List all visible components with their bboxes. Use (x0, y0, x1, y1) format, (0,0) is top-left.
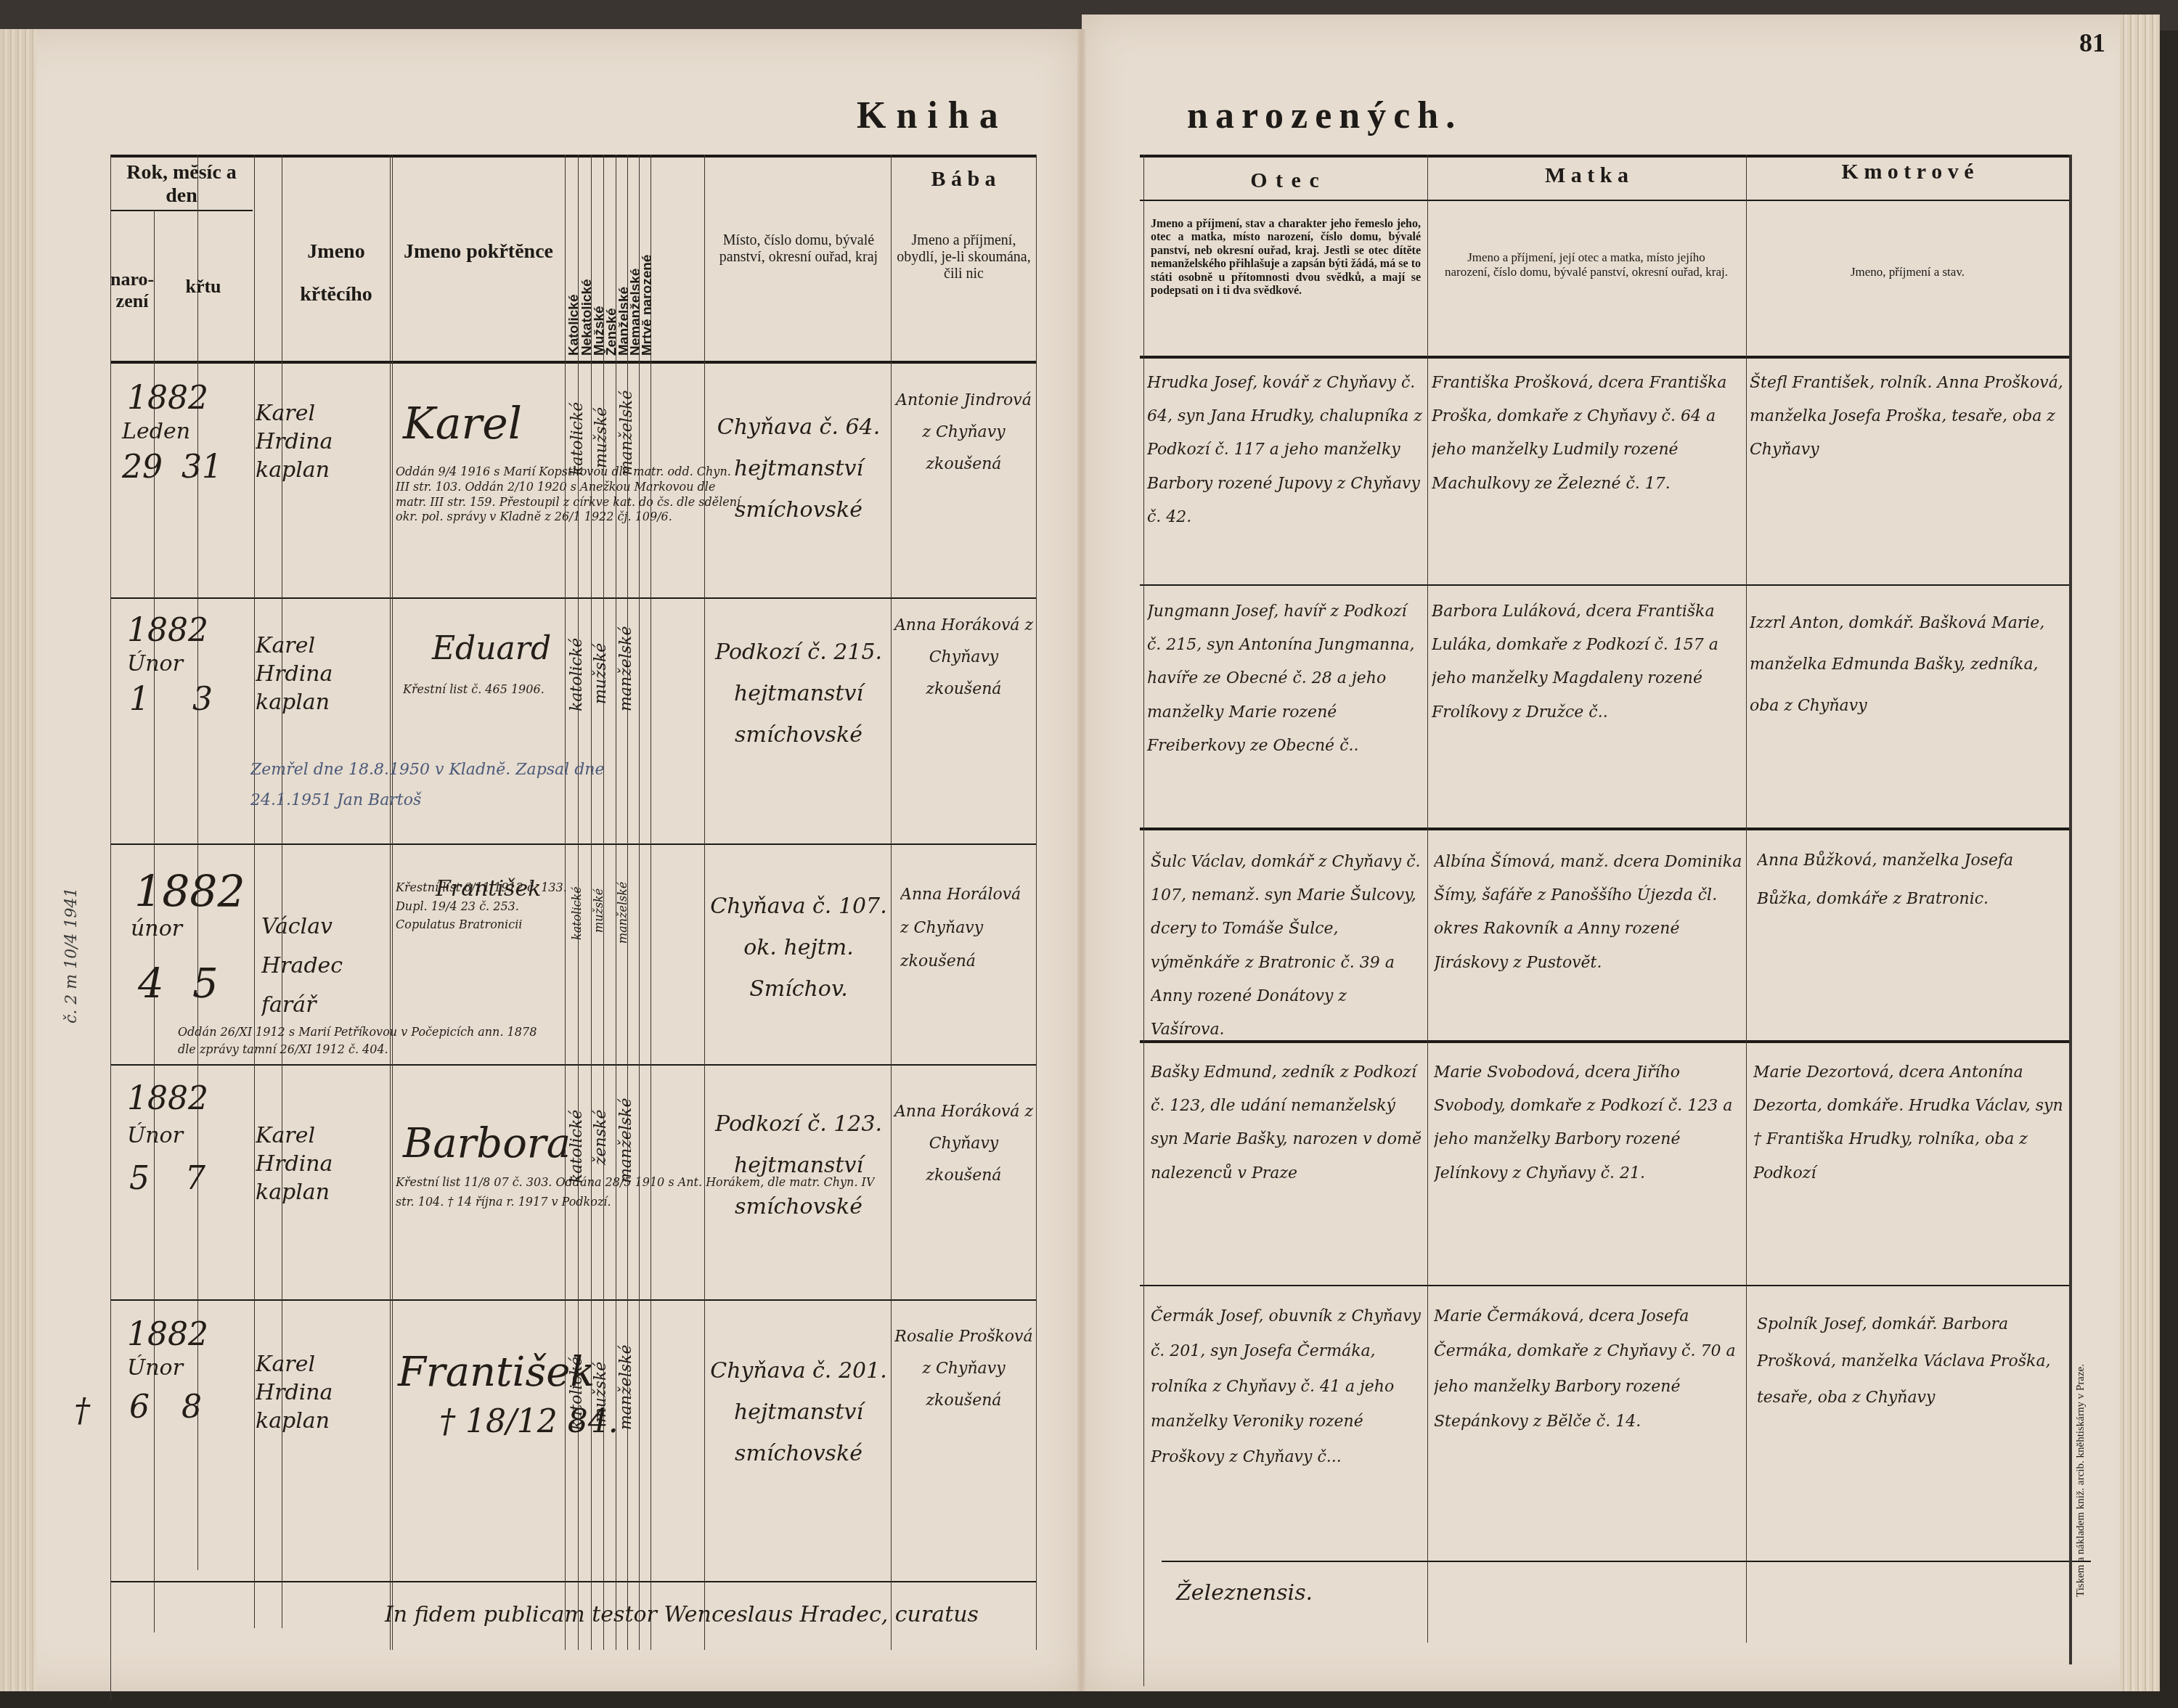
right-signature: Železnensis. (1176, 1579, 1313, 1607)
entry-4-mother: Marie Svobodová, dcera Jiřího Svobody, d… (1434, 1056, 1742, 1190)
entry-birth-day: 5 (129, 1158, 150, 1199)
header-baptizer: Jmeno křtĕcího (282, 231, 391, 316)
page-edges-left (0, 29, 36, 1691)
entry-midwife: Antonie Jindrová z Chyňavy zkoušená (893, 385, 1035, 481)
entry-midwife: Anna Horáková z Chyňavy zkoušená (893, 610, 1035, 706)
header-father-desc: Jmeno a příjmení, stav a charakter jeho … (1151, 218, 1421, 298)
header-baptized: Jmeno pokřtĕnce (392, 231, 565, 274)
entry-year: 1882 (127, 1314, 208, 1355)
entry-place: Chyňava č. 201. hejtmanství smíchovské (708, 1350, 889, 1474)
entry-baptism-day: 8 (181, 1386, 202, 1428)
entry-month: Únor (127, 1354, 183, 1382)
entry-midwife: Anna Horáková z Chyňavy zkoušená (893, 1096, 1035, 1192)
entry-death-note: Zemřel dne 18.8.1950 v Kladnĕ. Zapsal dn… (250, 755, 628, 816)
entry-birth-day: 29 (122, 446, 163, 488)
entry-religion: katolické (568, 1314, 586, 1430)
entry-1-father: Hrudka Josef, kovář z Chyňavy č. 64, syn… (1147, 367, 1423, 534)
title-left: Kniha (857, 94, 1008, 137)
entry-baptism-day: 3 (192, 679, 213, 720)
entry-legitimacy: manželské (617, 602, 635, 711)
entry-sex: mužské (592, 875, 605, 933)
entry-year: 1882 (127, 377, 208, 419)
entry-1-godparents: Štefl František, rolník. Anna Prošková, … (1750, 367, 2065, 467)
entry-1-mother: Františka Prošková, dcera Františka Proš… (1432, 367, 1744, 501)
entry-child-name: Eduard (432, 628, 551, 669)
entry-baptism-day: 31 (181, 446, 222, 488)
entry-child-notes: Křestní list č. 465 1906. (403, 682, 548, 698)
header-baptism: křtu (154, 276, 253, 298)
header-godparents-desc: Jmeno, příjmení a stav. (1746, 265, 2069, 279)
entry-birth-day: 1 (129, 679, 150, 720)
header-midwife-title: B á b a (891, 167, 1036, 192)
entry-baptizer: Karel Hrdina kaplan (256, 399, 390, 484)
book-spine (1077, 29, 1086, 1691)
header-stillborn: Mrtvĕ narozené (640, 240, 656, 356)
entry-birth-day: 6 (129, 1386, 150, 1428)
header-date-group: Rok, mĕsíc a den (110, 161, 253, 208)
entry-3-father: Šulc Václav, domkář z Chyňavy č. 107, ne… (1151, 846, 1423, 1047)
entry-midwife: Anna Horálová z Chyňavy zkoušená (900, 878, 1031, 979)
entry-baptism-day: 5 (192, 958, 219, 1011)
entry-religion: katolické (570, 867, 584, 940)
entry-religion: katolické (568, 367, 589, 475)
entry-child-name: Karel (403, 396, 522, 452)
entry-legitimacy: manželské (617, 1074, 635, 1183)
entry-month: Únor (127, 650, 183, 678)
header-mother-title: M a t k a (1427, 163, 1746, 189)
entry-year: 1882 (127, 1078, 208, 1119)
entry-religion: katolické (568, 1074, 586, 1183)
entry-baptizer: Karel Hrdina kaplan (256, 632, 390, 716)
header-mother-desc: Jmeno a příjmení, její otec a matka, mís… (1445, 250, 1728, 279)
entry-child-name: Barbora (403, 1118, 571, 1171)
entry-4-father: Bašky Edmund, zedník z Podkozí č. 123, d… (1151, 1056, 1423, 1190)
page-edges-right (2120, 15, 2160, 1691)
page-number: 81 (2079, 28, 2105, 58)
death-cross-icon: † (74, 1390, 90, 1431)
entry-year: 1882 (134, 864, 245, 920)
entry-3-godparents: Anna Bůžková, manželka Josefa Bůžka, dom… (1757, 842, 2062, 919)
entry-religion: katolické (568, 602, 586, 711)
entry-midwife: Rosalie Prošková z Chyňavy zkoušená (893, 1321, 1035, 1417)
header-place: Místo, číslo domu, bývalé panství, okres… (708, 232, 889, 266)
entry-place: Chyňava č. 107. ok. hejtm. Smíchov. (708, 886, 889, 1010)
header-father-title: O t e c (1143, 168, 1427, 194)
entry-child-name: František (436, 875, 541, 903)
entry-marriage-note: Oddán 26/XI 1912 s Marií Petříkovou v Po… (178, 1023, 555, 1058)
entry-sex: mužské (592, 374, 613, 468)
header-godparents-title: K m o t r o v é (1746, 160, 2069, 185)
header-birth: naro-zení (110, 269, 154, 312)
printer-imprint: Tiskem a nákladem kniž. arcib. knĕhtiská… (2075, 1278, 2087, 1597)
entry-month: Leden (122, 417, 190, 446)
entry-baptizer: Karel Hrdina kaplan (256, 1121, 390, 1206)
entry-child-name: František (398, 1347, 595, 1400)
entry-month: Únor (127, 1121, 183, 1150)
entry-place: Podkozí č. 215. hejtmanství smíchovské (708, 632, 889, 756)
entry-5-godparents: Spolník Josef, domkář. Barbora Prošková,… (1757, 1307, 2065, 1417)
entry-4-godparents: Marie Dezortová, dcera Antonína Dezorta,… (1753, 1056, 2065, 1190)
entry-2-godparents: Izzrl Anton, domkář. Bašková Marie, manž… (1750, 602, 2065, 727)
entry-sex: mužské (592, 1321, 610, 1423)
entry-baptizer: Václav Hradec farář (261, 907, 378, 1025)
entry-5-father: Čermák Josef, obuvník z Chyňavy č. 201, … (1151, 1299, 1423, 1475)
entry-legitimacy: manželské (617, 1314, 635, 1430)
entry-year: 1882 (127, 610, 208, 651)
entry-3-mother: Albína Šímová, manž. dcera Dominika Šímy… (1434, 846, 1742, 980)
margin-note: č. 2 m 10/4 1941 (62, 907, 83, 1023)
entry-legitimacy: manželské (617, 367, 638, 475)
entry-2-mother: Barbora Luláková, dcera Františka Luláka… (1432, 595, 1744, 730)
header-midwife-desc: Jmeno a příjmení, obydlí, je-li skoumána… (897, 232, 1031, 282)
attestation-signature: In fidem publicam testor Wenceslaus Hrad… (385, 1601, 979, 1629)
title-right: narozených. (1187, 94, 1462, 137)
entry-baptizer: Karel Hrdina kaplan (256, 1350, 390, 1435)
entry-place: Chyňava č. 64. hejtmanství smíchovské (708, 406, 889, 531)
entry-month: únor (131, 915, 182, 943)
entry-sex: ženské (592, 1085, 610, 1165)
entry-sex: mužské (592, 610, 610, 704)
entry-legitimacy: manželské (616, 871, 629, 944)
entry-baptism-day: 7 (185, 1158, 205, 1199)
entry-2-father: Jungmann Josef, havíř z Podkozí č. 215, … (1147, 595, 1423, 763)
entry-5-mother: Marie Čermáková, dcera Josefa Čermáka, d… (1434, 1299, 1742, 1440)
entry-birth-day: 4 (138, 958, 164, 1011)
entry-place: Podkozí č. 123. hejtmanství smíchovské (708, 1103, 889, 1227)
